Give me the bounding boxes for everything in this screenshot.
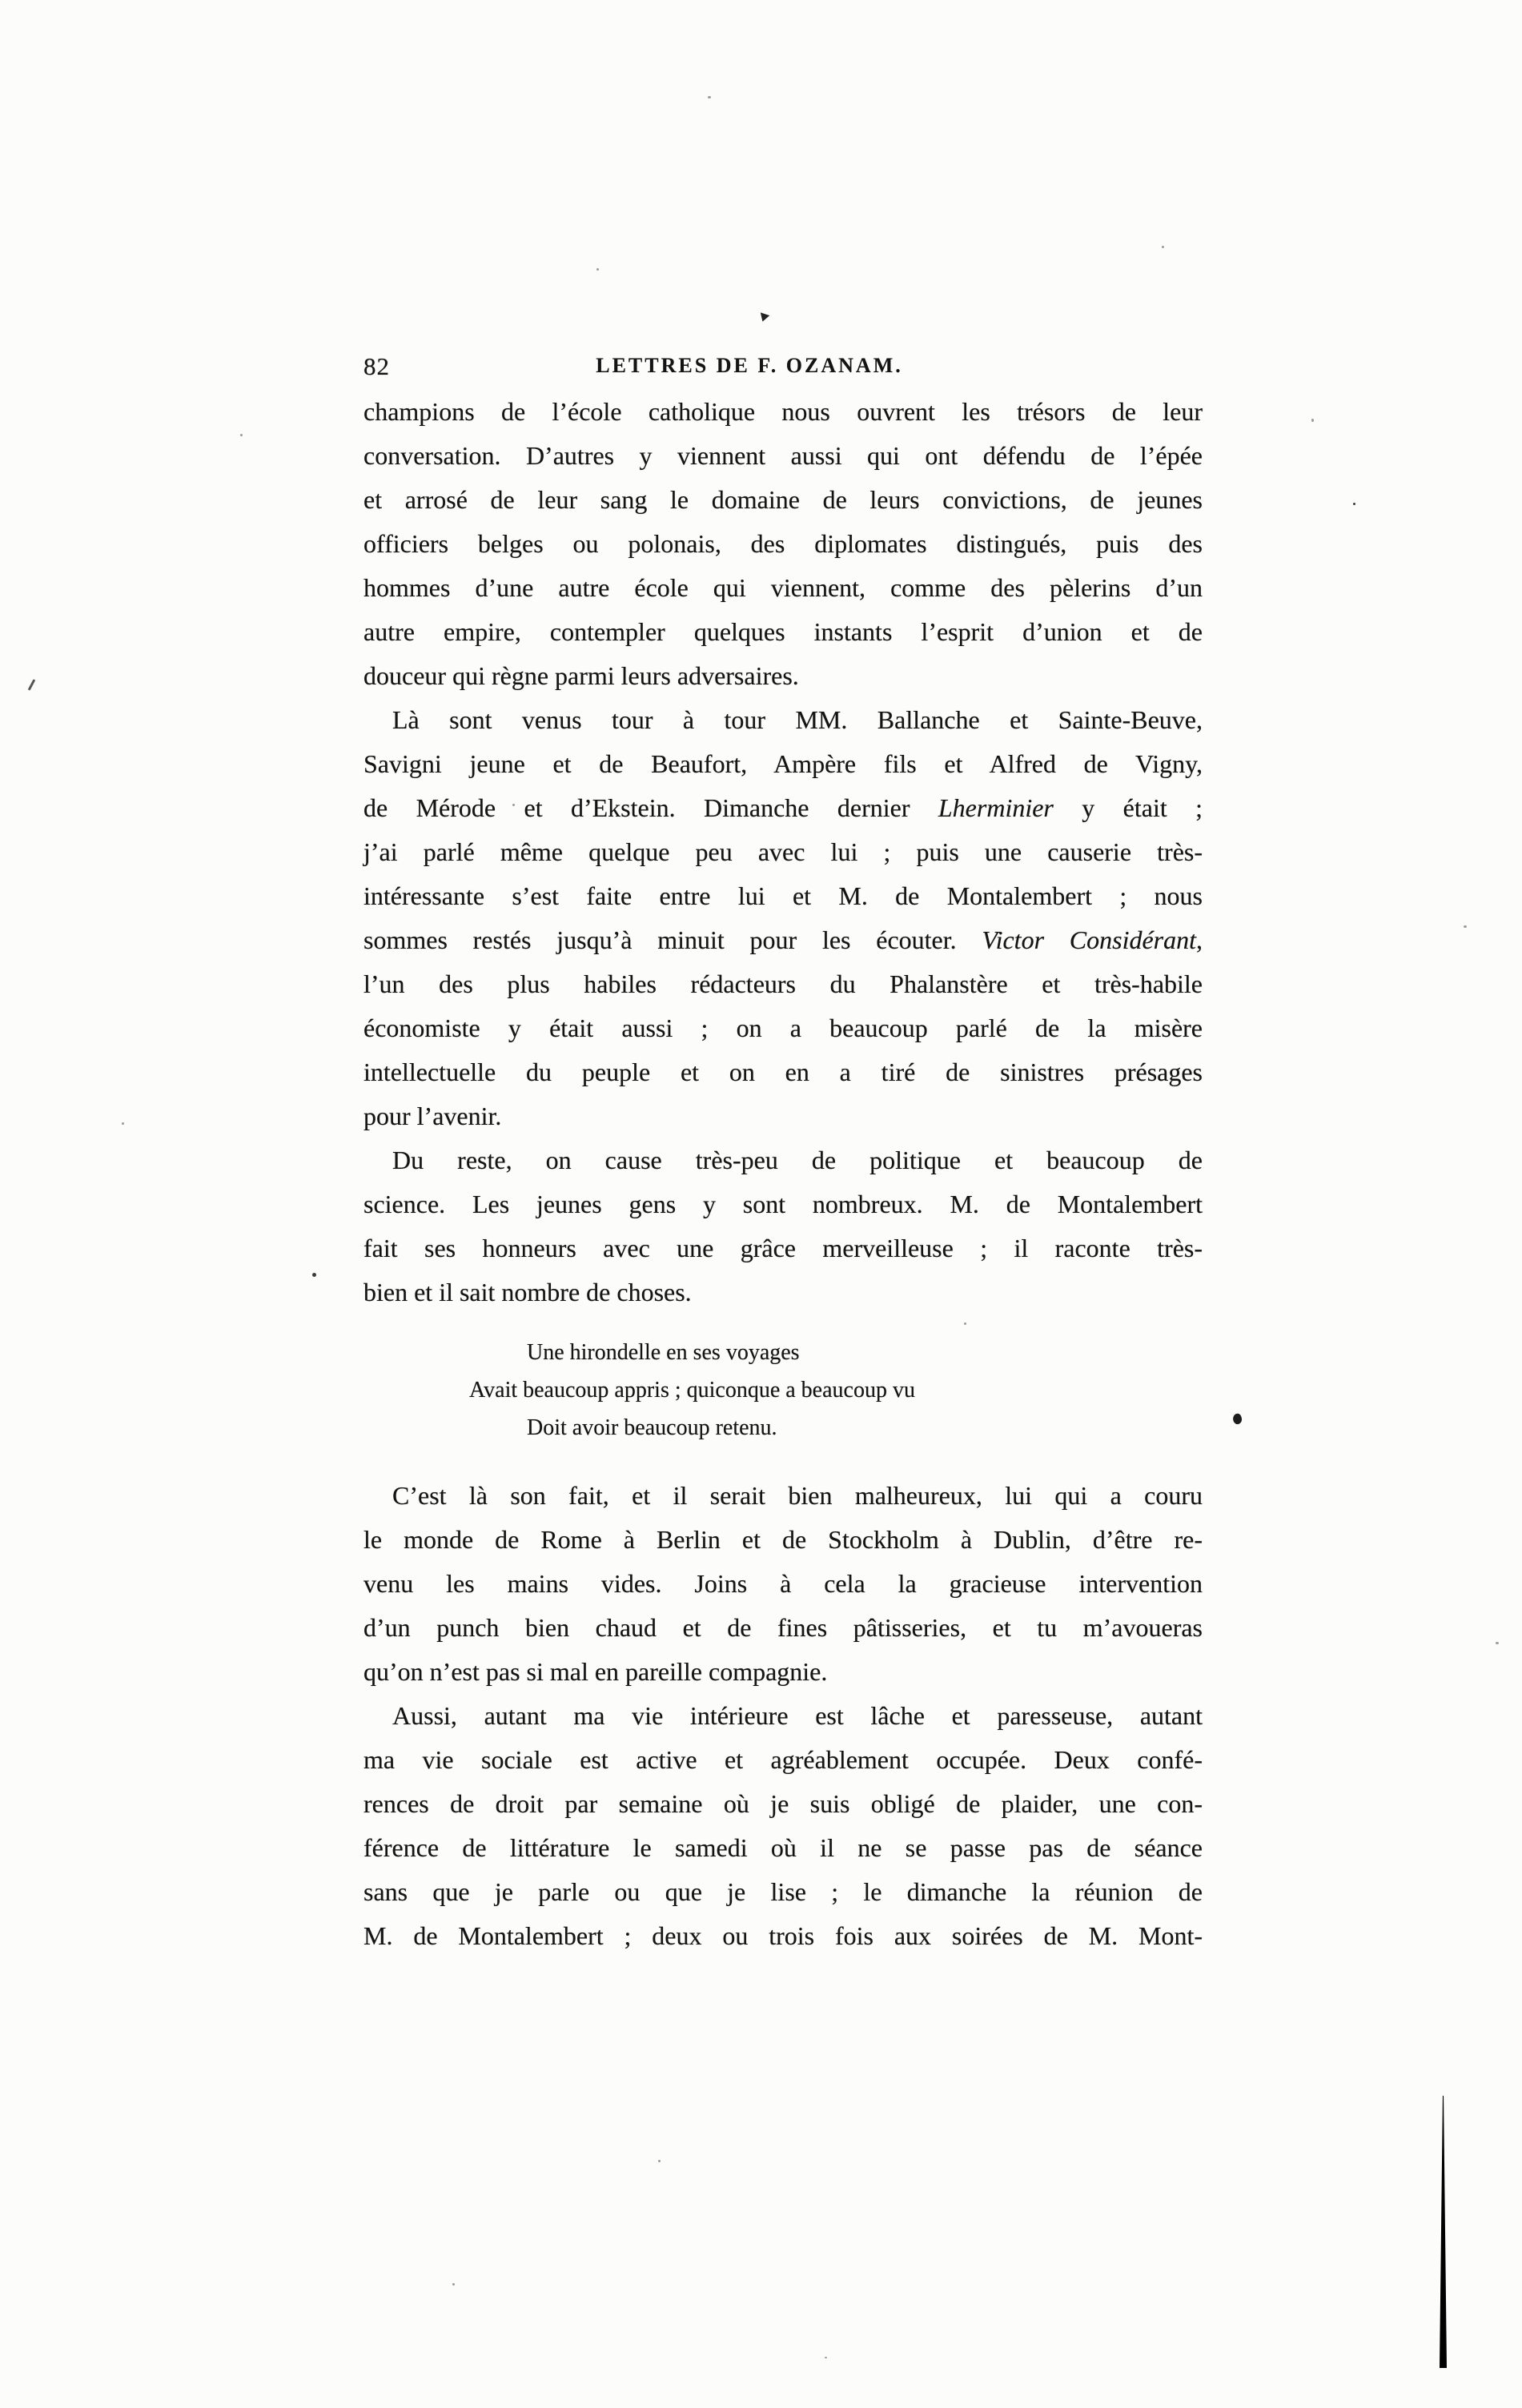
text-line: sommes restés jusqu’à minuit pour les éc… <box>363 918 1203 962</box>
text-line: C’est là son fait, et il serait bien mal… <box>363 1474 1203 1518</box>
page-header: 82 LETTRES DE F. OZANAM. <box>363 351 1203 383</box>
text-line: M. de Montalembert ; deux ou trois fois … <box>363 1914 1203 1958</box>
scan-speck <box>1464 925 1467 928</box>
text-block: champions de l’école catholique nous ouv… <box>363 390 1203 1958</box>
running-title: LETTRES DE F. OZANAM. <box>363 354 1135 378</box>
scan-edge-artifact <box>1440 2096 1447 2368</box>
text-line: le monde de Rome à Berlin et de Stockhol… <box>363 1518 1203 1562</box>
paragraph: Aussi, autant ma vie intérieure est lâch… <box>363 1694 1203 1958</box>
text-line: de Mérode et d’Ekstein. Dimanche dernier… <box>363 786 1203 830</box>
scan-speck <box>964 1322 966 1325</box>
verse-line: Une hirondelle en ses voyages <box>527 1334 1203 1371</box>
text-line: Du reste, on cause très-peu de politique… <box>363 1138 1203 1182</box>
scan-speck <box>122 1122 124 1125</box>
text-line: Savigni jeune et de Beaufort, Ampère fil… <box>363 742 1203 786</box>
scan-speck <box>596 268 599 271</box>
paragraph: Là sont venus tour à tour MM. Ballanche … <box>363 698 1203 1138</box>
page-background: 82 LETTRES DE F. OZANAM. champions de l’… <box>0 0 1522 2408</box>
paragraph: champions de l’école catholique nous ouv… <box>363 390 1203 698</box>
scan-speck <box>240 434 243 436</box>
scan-speck <box>452 2283 455 2286</box>
text-line: venu les mains vides. Joins à cela la gr… <box>363 1562 1203 1606</box>
text-line: férence de littérature le samedi où il n… <box>363 1826 1203 1870</box>
paragraph: C’est là son fait, et il serait bien mal… <box>363 1474 1203 1694</box>
text-line: rences de droit par semaine où je suis o… <box>363 1782 1203 1826</box>
scan-speck <box>512 804 515 806</box>
scan-speck <box>658 2160 661 2162</box>
scan-speck <box>825 2357 827 2358</box>
text-line: intéressante s’est faite entre lui et M.… <box>363 874 1203 918</box>
text-line: et arrosé de leur sang le domaine de leu… <box>363 478 1203 522</box>
text-segment: sommes restés jusqu’à minuit pour les éc… <box>363 925 982 954</box>
text-line: douceur qui règne parmi leurs adversaire… <box>363 654 1203 698</box>
text-line: fait ses honneurs avec une grâce merveil… <box>363 1226 1203 1270</box>
scan-speck <box>312 1273 316 1277</box>
italic-segment: Victor Considérant <box>982 925 1196 954</box>
text-line: pour l’avenir. <box>363 1094 1203 1138</box>
scan-speck <box>1496 1642 1499 1644</box>
text-line: ma vie sociale est active et agréablemen… <box>363 1738 1203 1782</box>
scan-speck <box>1311 419 1314 422</box>
verse-line: Avait beaucoup appris ; quiconque a beau… <box>469 1371 1203 1409</box>
text-line: conversation. D’autres y viennent aussi … <box>363 434 1203 478</box>
text-line: champions de l’école catholique nous ouv… <box>363 390 1203 434</box>
text-line: bien et il sait nombre de choses. <box>363 1270 1203 1314</box>
scan-speck <box>1162 246 1164 248</box>
text-line: qu’on n’est pas si mal en pareille compa… <box>363 1650 1203 1694</box>
text-line: Là sont venus tour à tour MM. Ballanche … <box>363 698 1203 742</box>
paragraph: Du reste, on cause très-peu de politique… <box>363 1138 1203 1314</box>
text-line: l’un des plus habiles rédacteurs du Phal… <box>363 962 1203 1006</box>
scan-speck <box>708 96 711 98</box>
text-line: science. Les jeunes gens y sont nombreux… <box>363 1182 1203 1226</box>
text-line: d’un punch bien chaud et de fines pâtiss… <box>363 1606 1203 1650</box>
text-segment: de Mérode et d’Ekstein. Dimanche dernier <box>363 793 938 822</box>
text-line: économiste y était aussi ; on a beaucoup… <box>363 1006 1203 1050</box>
italic-segment: Lherminier <box>938 793 1054 822</box>
text-line: j’ai parlé même quelque peu avec lui ; p… <box>363 830 1203 874</box>
text-line: sans que je parle ou que je lise ; le di… <box>363 1870 1203 1914</box>
scan-speck <box>28 679 36 691</box>
text-line: autre empire, contempler quelques instan… <box>363 610 1203 654</box>
text-segment: , <box>1196 925 1203 954</box>
text-line: Aussi, autant ma vie intérieure est lâch… <box>363 1694 1203 1738</box>
scan-speck <box>758 312 770 323</box>
text-line: intellectuelle du peuple et on en a tiré… <box>363 1050 1203 1094</box>
verse-block: Une hirondelle en ses voyages Avait beau… <box>363 1334 1203 1447</box>
scan-speck <box>1353 503 1355 505</box>
verse-line: Doit avoir beaucoup retenu. <box>527 1409 1203 1447</box>
text-line: officiers belges ou polonais, des diplom… <box>363 522 1203 566</box>
scan-speck <box>1231 1413 1243 1426</box>
text-line: hommes d’une autre école qui viennent, c… <box>363 566 1203 610</box>
text-segment: y était ; <box>1054 793 1203 822</box>
